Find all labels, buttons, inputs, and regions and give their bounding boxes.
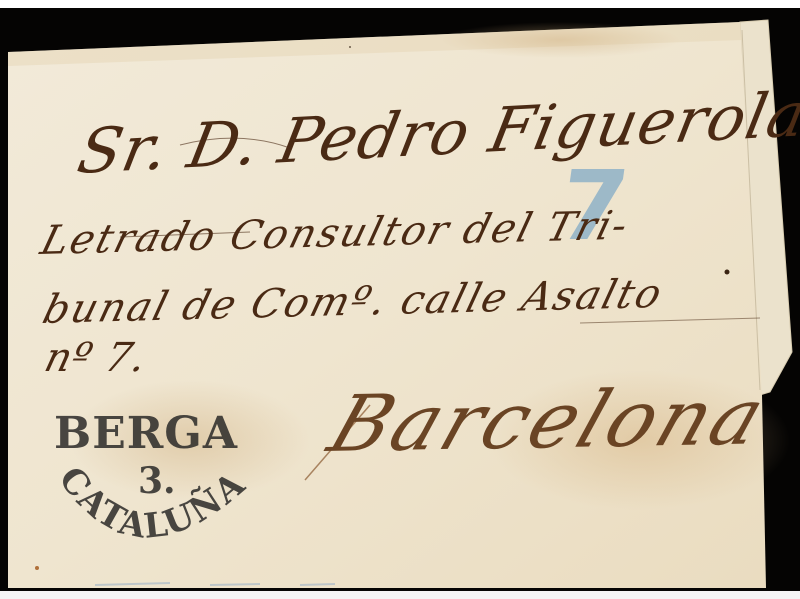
postal-cover: CATALUÑA Sr. D. Pedro Figuerola 7 Letrad… [0, 0, 800, 599]
address-city: Barcelona [318, 373, 778, 470]
address-line-4: nº 7. [40, 335, 152, 381]
postmark-number: 3. [138, 460, 176, 502]
postmark-town: BERGA [54, 408, 238, 459]
